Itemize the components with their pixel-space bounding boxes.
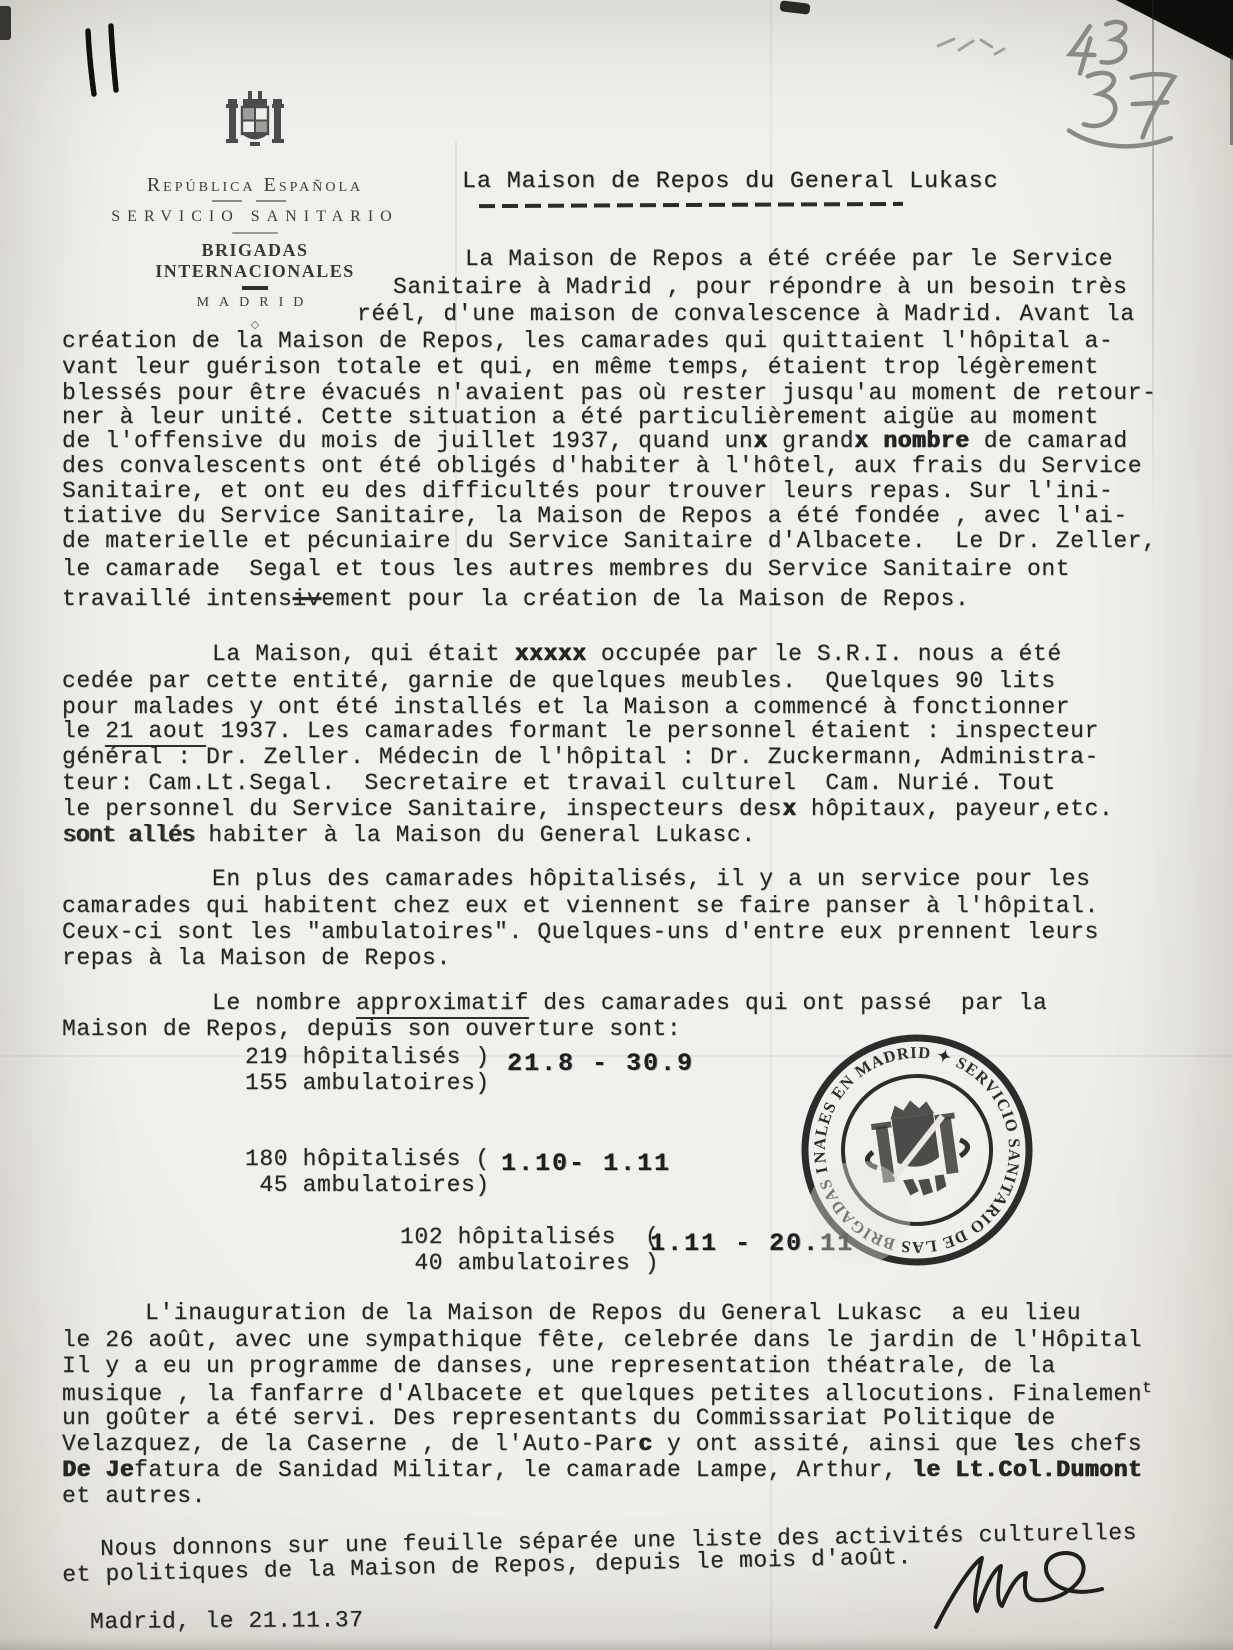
text-segment: repas à la Maison de Repos. [62, 945, 451, 971]
stat-hospitalises: 219 hôpitalisés ) [245, 1044, 490, 1070]
text-segment: t [1142, 1379, 1152, 1397]
text-segment: hôpitaux, payeur,etc. [797, 796, 1114, 822]
text-segment: Sanitaire à Madrid , pour répondre à un … [393, 274, 1128, 300]
text-line: vant leur guérison totale et qui, en mêm… [62, 354, 1099, 380]
text-segment: création de la Maison de Repos, les cama… [62, 328, 1113, 354]
text-line: général : Dr. Zeller. Médecin de l'hôpit… [62, 744, 1099, 770]
text-line: musique , la fanfarre d'Albacete et quel… [62, 1379, 1152, 1407]
text-line: réél, d'une maison de convalescence à Ma… [357, 301, 1135, 327]
text-line: le 26 août, avec une sympathique fête, c… [62, 1327, 1142, 1353]
text-line: Le nombre approximatif des camarades qui… [212, 990, 1047, 1016]
text-segment: pour malades y ont été installés et la M… [62, 694, 1070, 720]
text-segment: le personnel du Service Sanitaire, inspe… [62, 796, 782, 822]
text-segment: le Lt.Col.Dumont [912, 1457, 1142, 1483]
document-title: La Maison de Repos du General Lukasc [462, 168, 998, 195]
text-segment: La Maison de Repos a été créée par le Se… [465, 246, 1113, 272]
text-segment: grand [768, 428, 854, 454]
pencil-scratch-marks [933, 20, 1013, 70]
text-line: teur: Cam.Lt.Segal. Secretaire et travai… [62, 770, 1056, 796]
text-segment: Velazquez, de la Caserne , de l'Auto-Par [62, 1431, 638, 1457]
text-segment: camarades qui habitent chez eux et vienn… [62, 893, 1099, 919]
text-segment: y ont assité, ainsi que [653, 1431, 1013, 1457]
text-segment: musique , la fanfarre d'Albacete et quel… [62, 1381, 1142, 1407]
letterhead-brigadas-internacionales: BRIGADAS INTERNACIONALES [105, 240, 405, 282]
text-segment: x [782, 796, 796, 822]
text-segment: cedée par cette entité, garnie de quelqu… [62, 668, 1056, 694]
text-line: le camarade Segal et tous les autres mem… [62, 556, 1070, 582]
text-line: blessés pour être évacués n'avaient pas … [62, 380, 1157, 406]
stats-group-period-1: 219 hôpitalisés ) 155 ambulatoires) 21.8… [245, 1044, 490, 1096]
text-segment: es chefs [1027, 1431, 1142, 1457]
text-segment [869, 428, 883, 454]
circular-rubber-stamp: NALES EN MADRID ✦ SERVICIO SANITARIO DE … [779, 1012, 1055, 1288]
letterhead-divider [212, 200, 298, 202]
text-line: Maison de Repos, depuis son ouverture so… [62, 1016, 681, 1042]
stat-period: 1.10- 1.11 [501, 1149, 671, 1178]
text-segment: le [62, 718, 105, 744]
letterhead: República Española SERVICIO SANITARIO BR… [105, 84, 405, 331]
text-line: L'inauguration de la Maison de Repos du … [145, 1300, 1081, 1326]
text-segment: Il y a eu un programme de danses, une re… [62, 1353, 1056, 1379]
text-line: de materielle et pécuniaire du Service S… [62, 528, 1157, 554]
text-line: En plus des camarades hôpitalisés, il y … [212, 866, 1091, 892]
text-segment: L'inauguration de la Maison de Repos du … [145, 1300, 1081, 1326]
text-line: Ceux-ci sont les "ambulatoires". Quelque… [62, 919, 1099, 945]
text-segment: 21 aout [105, 718, 206, 747]
text-line: le 21 aout 1937. Les camarades formant l… [62, 718, 1099, 744]
text-line: Il y a eu un programme de danses, une re… [62, 1353, 1056, 1379]
dateline: Madrid, le 21.11.37 [90, 1607, 364, 1635]
text-line: travaillé intensivement pour la création… [62, 586, 969, 612]
text-segment: des convalescents ont été obligés d'habi… [62, 453, 1142, 479]
text-segment: Maison de Repos, depuis son ouverture so… [62, 1016, 681, 1042]
text-segment: le camarade Segal et tous les autres mem… [62, 556, 1070, 582]
text-segment: l [1013, 1431, 1027, 1457]
stats-group-period-3: 102 hôpitalisés ( 40 ambulatoires ) 1.11… [400, 1224, 659, 1276]
text-segment: teur: Cam.Lt.Segal. Secretaire et travai… [62, 770, 1056, 796]
text-line: pour malades y ont été installés et la M… [62, 694, 1070, 720]
text-segment: nombre [883, 428, 969, 454]
text-line: La Maison, qui était xxxxx occupée par l… [212, 641, 1062, 667]
text-segment: x [854, 428, 868, 454]
title-underline [479, 202, 903, 208]
text-line: sont allés habiter à la Maison du Genera… [62, 822, 756, 848]
text-segment: sont allés [62, 822, 194, 848]
text-segment: de camarad [969, 428, 1127, 454]
letterhead-divider [232, 232, 278, 234]
text-segment: En plus des camarades hôpitalisés, il y … [212, 866, 1091, 892]
text-line: un goûter a été servi. Des representants… [62, 1405, 1056, 1431]
text-segment: vant leur guérison totale et qui, en mêm… [62, 354, 1099, 380]
text-segment: général : Dr. Zeller. Médecin de l'hôpit… [62, 744, 1099, 770]
text-line: La Maison de Repos a été créée par le Se… [465, 246, 1113, 272]
text-segment: Ceux-ci sont les "ambulatoires". Quelque… [62, 919, 1099, 945]
text-segment: xxxxx [514, 641, 586, 667]
text-segment: De Je [62, 1457, 134, 1483]
stat-ambulatoires: 155 ambulatoires) [245, 1070, 490, 1096]
stat-hospitalises: 102 hôpitalisés ( [400, 1224, 659, 1250]
text-segment: et autres. [62, 1483, 206, 1509]
spanish-republic-coat-of-arms-icon [220, 84, 290, 168]
text-line: et autres. [62, 1483, 206, 1509]
text-segment: x [753, 428, 767, 454]
text-line: de l'offensive du mois de juillet 1937, … [62, 428, 1128, 454]
text-segment: ner à leur unité. Cette situation a été … [62, 404, 1099, 430]
text-line: création de la Maison de Repos, les cama… [62, 328, 1113, 354]
stats-group-period-2: 180 hôpitalisés ( 45 ambulatoires) 1.10-… [245, 1146, 490, 1198]
text-line: des convalescents ont été obligés d'habi… [62, 453, 1142, 479]
text-line: ner à leur unité. Cette situation a été … [62, 404, 1099, 430]
text-segment: ement pour la création de la Maison de R… [321, 586, 969, 612]
text-segment: un goûter a été servi. Des representants… [62, 1405, 1056, 1431]
text-segment: travaillé intens [62, 586, 292, 612]
text-segment: c [638, 1431, 652, 1457]
letterhead-servicio-sanitario: SERVICIO SANITARIO [105, 208, 405, 226]
letterhead-republica-espanola: República Española [105, 174, 405, 197]
text-line: Sanitaire à Madrid , pour répondre à un … [393, 274, 1128, 300]
handwritten-signature [928, 1545, 1128, 1645]
text-segment: iv [292, 586, 321, 612]
text-line: cedée par cette entité, garnie de quelqu… [62, 668, 1056, 694]
text-line: De Jefatura de Sanidad Militar, le camar… [62, 1457, 1142, 1483]
text-segment: fatura de Sanidad Militar, le camarade L… [134, 1457, 912, 1483]
text-line: Velazquez, de la Caserne , de l'Auto-Par… [62, 1431, 1142, 1457]
text-segment: de materielle et pécuniaire du Service S… [62, 528, 1157, 554]
text-segment: le 26 août, avec une sympathique fête, c… [62, 1327, 1142, 1353]
text-segment: La Maison, qui était [212, 641, 514, 667]
text-segment: réél, d'une maison de convalescence à Ma… [357, 301, 1135, 327]
letterhead-divider [242, 286, 268, 290]
stat-hospitalises: 180 hôpitalisés ( [245, 1146, 490, 1172]
text-segment: tiative du Service Sanitaire, la Maison … [62, 503, 1128, 529]
text-segment: blessés pour être évacués n'avaient pas … [62, 380, 1157, 406]
text-line: repas à la Maison de Repos. [62, 945, 451, 971]
text-segment: occupée par le S.R.I. nous a été [586, 641, 1061, 667]
text-line: le personnel du Service Sanitaire, inspe… [62, 796, 1113, 822]
ink-smudge [0, 6, 11, 40]
text-line: camarades qui habitent chez eux et vienn… [62, 893, 1099, 919]
text-line: tiative du Service Sanitaire, la Maison … [62, 503, 1128, 529]
text-segment: Sanitaire, et ont eu des difficultés pou… [62, 478, 1113, 504]
stat-period: 21.8 - 30.9 [507, 1049, 694, 1078]
text-segment: de l'offensive du mois de juillet 1937, … [62, 428, 753, 454]
scanned-document-page: República Española SERVICIO SANITARIO BR… [0, 0, 1233, 1650]
stat-ambulatoires: 45 ambulatoires) [245, 1172, 490, 1198]
handwritten-pencil-numbers [1035, 14, 1200, 159]
text-segment: 1937. Les camarades formant le personnel… [206, 718, 1099, 744]
text-segment: des camarades qui ont passé par la [529, 990, 1047, 1016]
ink-smudge [779, 0, 810, 15]
text-segment: Le nombre [212, 990, 356, 1016]
text-line: Sanitaire, et ont eu des difficultés pou… [62, 478, 1113, 504]
text-segment: approximatif [356, 990, 529, 1019]
text-segment: habiter à la Maison du General Lukasc. [194, 822, 756, 848]
stat-ambulatoires: 40 ambulatoires ) [400, 1250, 659, 1276]
